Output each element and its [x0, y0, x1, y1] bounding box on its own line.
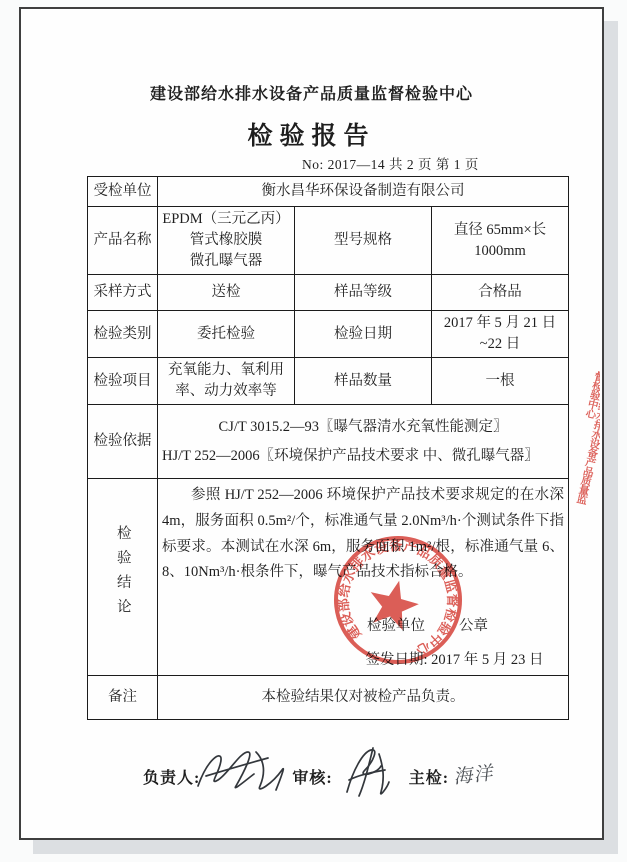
- conclusion-text: 参照 HJ/T 252—2006 环境保护产品技术要求规定的在水深 4m，服务面…: [162, 483, 564, 586]
- page-edge-stamp: 建设部给水排水设备产品质量监督检验中心: [572, 369, 600, 511]
- chief-signature-name: 海洋: [454, 757, 497, 789]
- product-name-value: EPDM（三元乙丙） 管式橡胶膜 微孔曝气器: [158, 207, 295, 275]
- table-row: 采样方式 送检 样品等级 合格品: [88, 275, 569, 311]
- date-label: 检验日期: [295, 311, 432, 358]
- table-row: 备注 本检验结果仅对被检产品负责。: [88, 676, 569, 720]
- quantity-label: 样品数量: [295, 358, 432, 405]
- grade-label: 样品等级: [295, 275, 432, 311]
- table-row: 检验依据 CJ/T 3015.2—93〖曝气器清水充氧性能测定〗 HJ/T 25…: [88, 405, 569, 479]
- table-row: 受检单位 衡水昌华环保设备制造有限公司: [88, 177, 569, 207]
- inspected-unit-label: 受检单位: [88, 177, 158, 207]
- product-name-line: EPDM（三元乙丙）: [162, 209, 290, 230]
- review-label: 审核:: [292, 765, 332, 788]
- sampling-value: 送检: [158, 275, 295, 311]
- model-label: 型号规格: [295, 207, 432, 275]
- category-value: 委托检验: [158, 311, 295, 358]
- date-value: 2017 年 5 月 21 日~22 日: [432, 311, 569, 358]
- product-name-label: 产品名称: [88, 207, 158, 275]
- seal-label: 公章: [459, 616, 488, 637]
- product-name-line: 微孔曝气器: [162, 251, 290, 272]
- sampling-label: 采样方式: [88, 275, 158, 311]
- basis-line-1: CJ/T 3015.2—93〖曝气器清水充氧性能测定〗: [162, 417, 564, 438]
- org-title: 建设部给水排水设备产品质量监督检验中心: [21, 81, 602, 104]
- model-value: 直径 65mm×长 1000mm: [432, 207, 569, 275]
- responsible-label: 负责人:: [143, 765, 200, 788]
- responsible-signature-scribble: [194, 746, 290, 798]
- remark-label: 备注: [88, 676, 158, 720]
- seal-unit-line: 检验单位 公章: [162, 616, 564, 637]
- report-title: 检验报告: [21, 116, 602, 152]
- edge-stamp-text: 建设部给水排水设备产品质量监督检验中心: [572, 370, 600, 511]
- report-table: 受检单位 衡水昌华环保设备制造有限公司 产品名称 EPDM（三元乙丙） 管式橡胶…: [87, 176, 569, 720]
- issue-date-line: 签发日期: 2017 年 5 月 23 日: [162, 650, 564, 671]
- table-row: 检验项目 充氧能力、氧利用率、动力效率等 样品数量 一根: [88, 358, 569, 405]
- table-row: 检验结论 参照 HJ/T 252—2006 环境保护产品技术要求规定的在水深 4…: [88, 479, 569, 676]
- review-signature-scribble: [337, 744, 393, 800]
- items-label: 检验项目: [88, 358, 158, 405]
- grade-value: 合格品: [432, 275, 569, 311]
- category-label: 检验类别: [88, 311, 158, 358]
- conclusion-label-text: 检验结论: [115, 525, 130, 623]
- remark-value: 本检验结果仅对被检产品负责。: [158, 676, 569, 720]
- conclusion-cell: 参照 HJ/T 252—2006 环境保护产品技术要求规定的在水深 4m，服务面…: [158, 479, 569, 676]
- table-row: 产品名称 EPDM（三元乙丙） 管式橡胶膜 微孔曝气器 型号规格 直径 65mm…: [88, 207, 569, 275]
- items-value: 充氧能力、氧利用率、动力效率等: [158, 358, 295, 405]
- basis-value: CJ/T 3015.2—93〖曝气器清水充氧性能测定〗 HJ/T 252—200…: [158, 405, 569, 479]
- document-page: 建设部给水排水设备产品质量监督检验中心 检验报告 No: 2017—14 共 2…: [19, 7, 604, 840]
- seal-unit-label: 检验单位: [367, 616, 425, 637]
- basis-label: 检验依据: [88, 405, 158, 479]
- product-name-line: 管式橡胶膜: [162, 230, 290, 251]
- quantity-value: 一根: [432, 358, 569, 405]
- report-number: No: 2017—14 共 2 页 第 1 页: [302, 153, 602, 173]
- table-row: 检验类别 委托检验 检验日期 2017 年 5 月 21 日~22 日: [88, 311, 569, 358]
- chief-label: 主检:: [409, 765, 449, 788]
- inspected-unit-value: 衡水昌华环保设备制造有限公司: [158, 177, 569, 207]
- signature-row: 负责人: 审核: 主检: 海洋: [143, 750, 602, 802]
- conclusion-label: 检验结论: [88, 479, 158, 676]
- basis-line-2: HJ/T 252—2006〖环境保护产品技术要求 中、微孔曝气器〗: [162, 446, 564, 467]
